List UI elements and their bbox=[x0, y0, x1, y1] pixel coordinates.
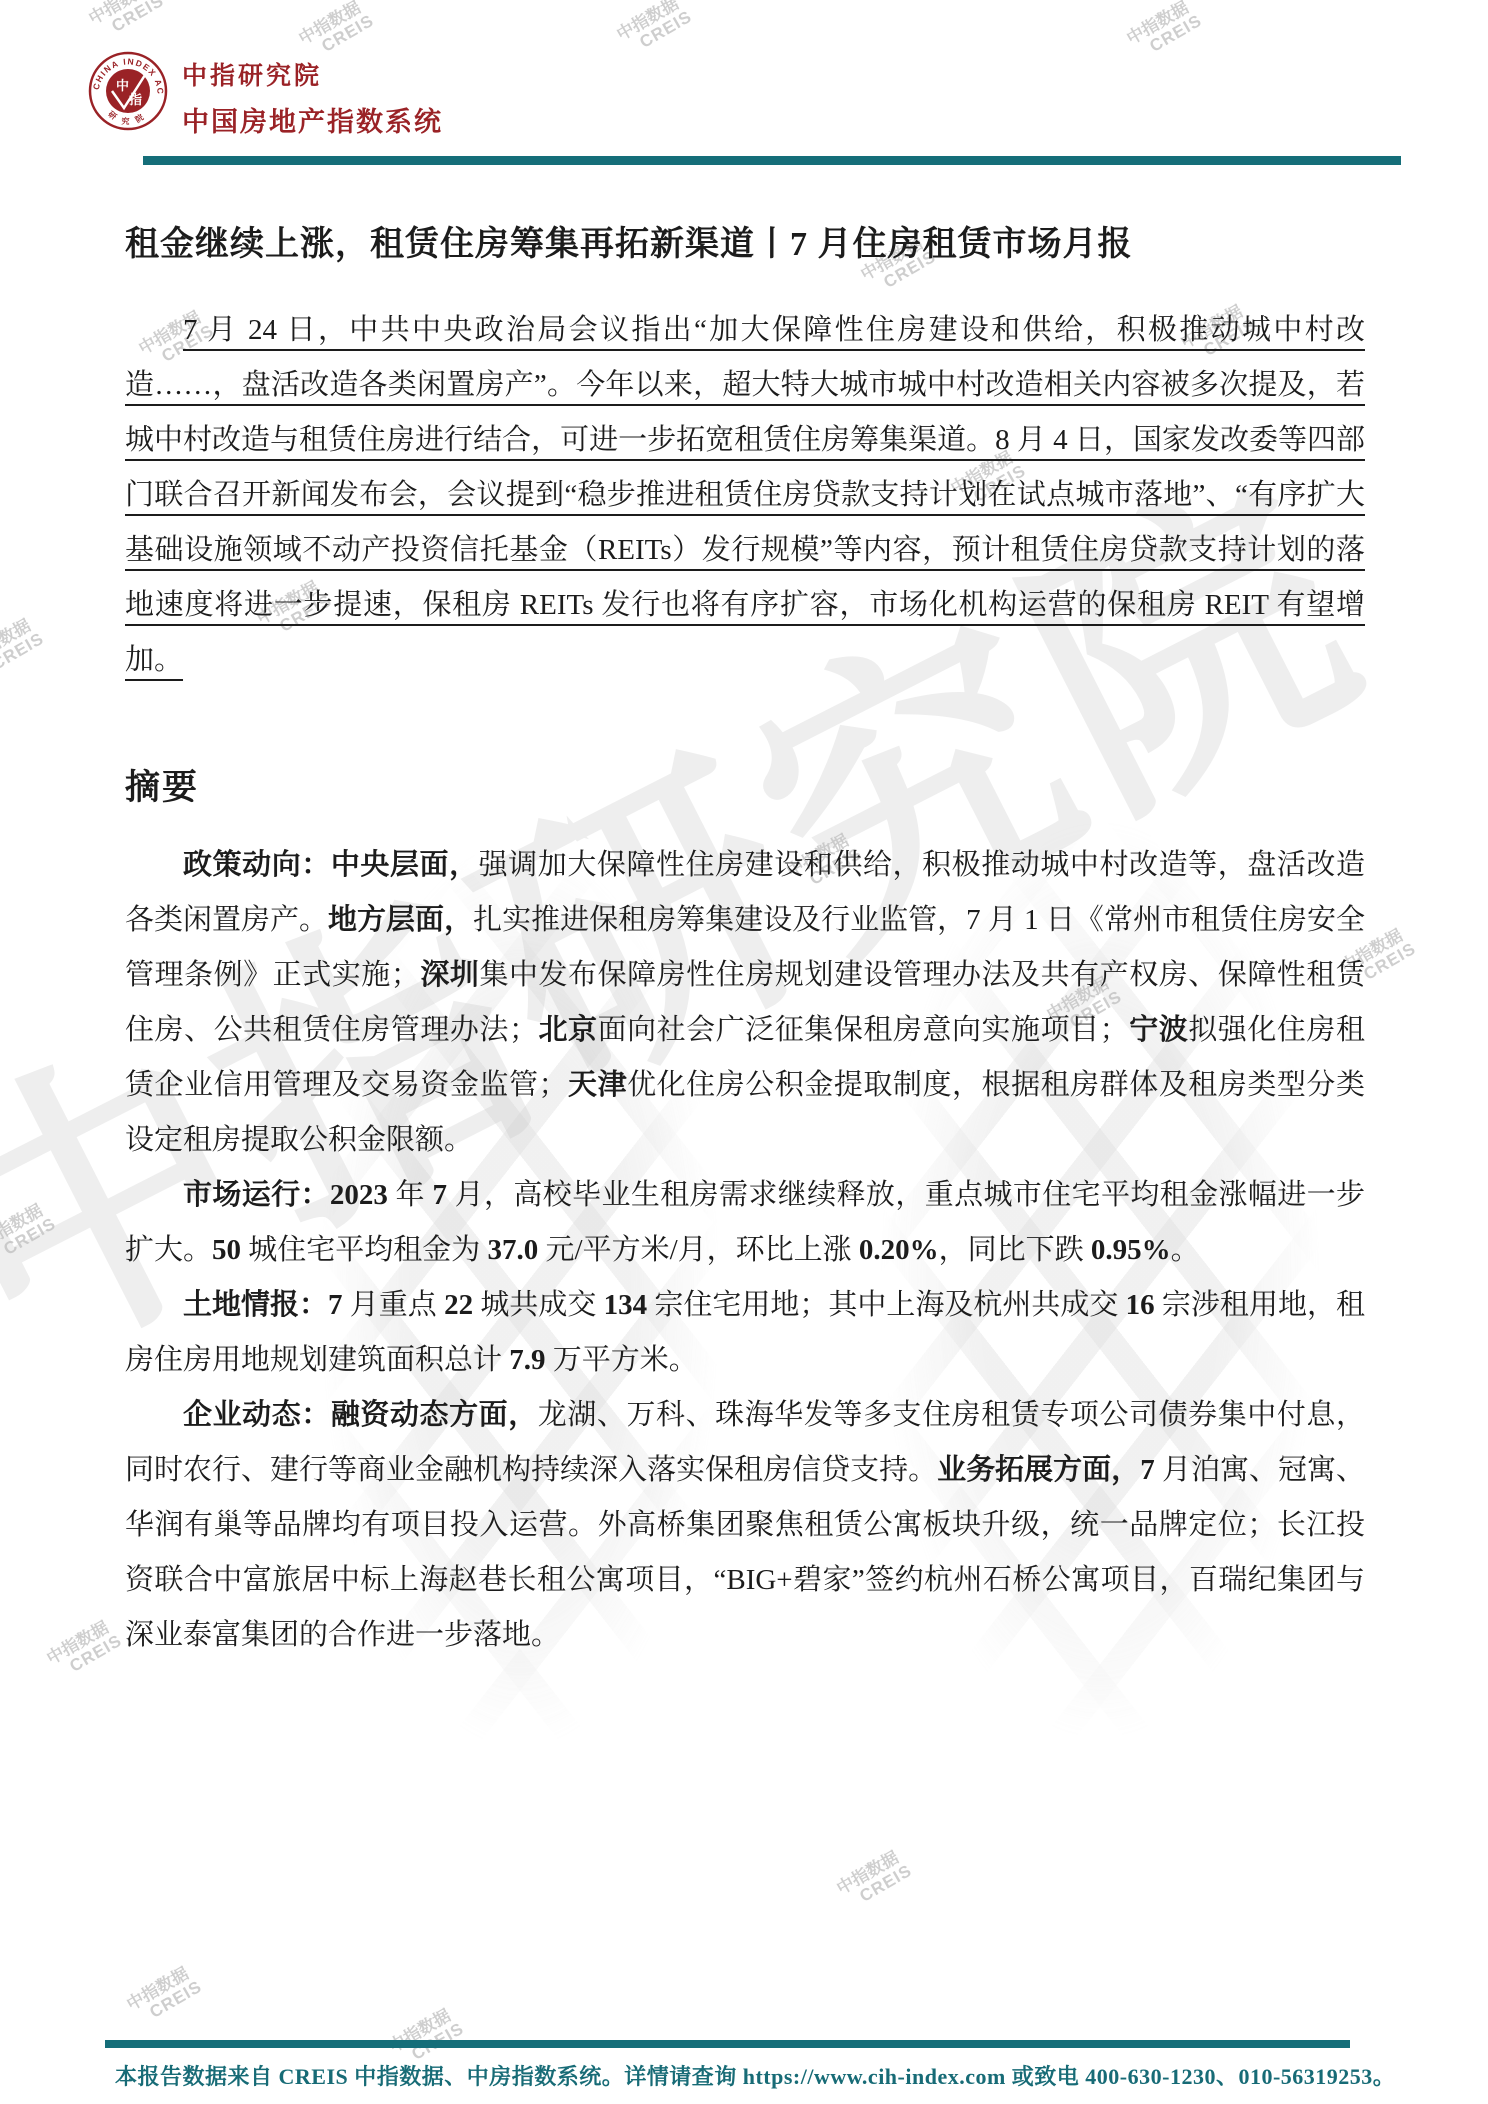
footer-note: 本报告数据来自 CREIS 中指数据、中房指数系统。详情请查询 https://… bbox=[115, 2060, 1415, 2091]
svg-text:中: 中 bbox=[116, 78, 129, 93]
watermark-text: 中指数据CREIS bbox=[1124, 0, 1205, 64]
header-divider-rule bbox=[143, 156, 1401, 165]
china-index-academy-seal-icon: CHINA INDEX ACADEMY 中 指 研 究 院 bbox=[88, 50, 168, 132]
brand-name: 中指研究院 bbox=[182, 56, 443, 92]
watermark-text: 中指数据CREIS bbox=[124, 1962, 205, 2029]
watermark-text: 中指数据CREIS bbox=[614, 0, 695, 60]
intro-paragraph: 7 月 24 日，中共中央政治局会议指出“加大保障性住房建设和供给，积极推动城中… bbox=[125, 303, 1365, 688]
watermark-text: 中指数据CREIS bbox=[86, 0, 167, 44]
summary-paragraph-market: 市场运行：2023 年 7 月，高校毕业生租房需求继续释放，重点城市住宅平均租金… bbox=[125, 1168, 1365, 1278]
summary-paragraph-enterprise: 企业动态：融资动态方面，龙湖、万科、珠海华发等多支住房租赁专项公司债券集中付息，… bbox=[125, 1388, 1365, 1663]
summary-paragraph-land: 土地情报：7 月重点 22 城共成交 134 宗住宅用地；其中上海及杭州共成交 … bbox=[125, 1278, 1365, 1388]
footer-divider-rule bbox=[105, 2040, 1350, 2048]
brand-text: 中指研究院 中国房地产指数系统 bbox=[182, 56, 443, 139]
watermark-text: 中指数据CREIS bbox=[44, 1616, 125, 1683]
svg-text:指: 指 bbox=[128, 92, 142, 107]
summary-paragraph-policy: 政策动向：中央层面，强调加大保障性住房建设和供给，积极推动城中村改造等，盘活改造… bbox=[125, 838, 1365, 1168]
report-page: 中指研究院 中指数据CREIS中指数据CREIS中指数据CREIS中指数据CRE… bbox=[0, 0, 1488, 2104]
watermark-text: 中指数据CREIS bbox=[0, 614, 47, 681]
summary-section: 政策动向：中央层面，强调加大保障性住房建设和供给，积极推动城中村改造等，盘活改造… bbox=[125, 838, 1365, 1663]
summary-heading: 摘要 bbox=[125, 760, 199, 810]
watermark-text: 中指数据CREIS bbox=[0, 1199, 59, 1266]
page-title: 租金继续上涨，租赁住房筹集再拓新渠道丨7 月住房租赁市场月报 bbox=[125, 216, 1385, 265]
watermark-text: 中指数据CREIS bbox=[834, 1846, 915, 1913]
brand-header: CHINA INDEX ACADEMY 中 指 研 究 院 中指研究院 中国房地… bbox=[88, 50, 443, 139]
brand-subtitle: 中国房地产指数系统 bbox=[182, 100, 443, 139]
